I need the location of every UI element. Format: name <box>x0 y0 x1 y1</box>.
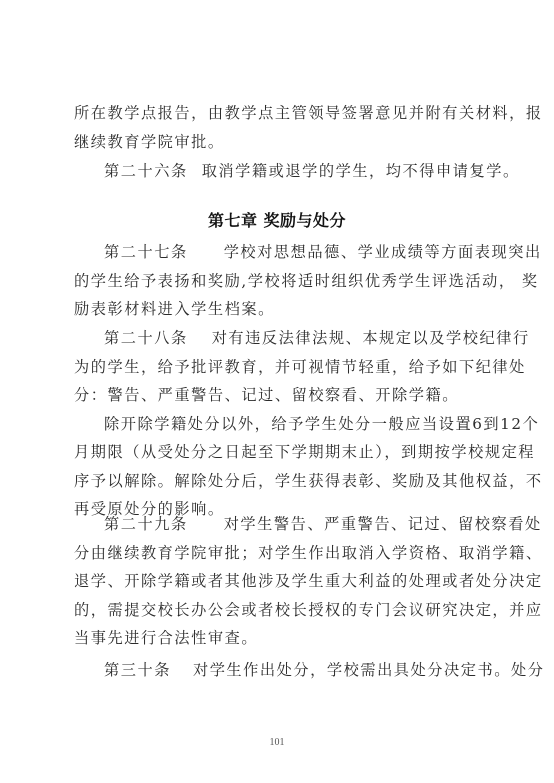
document-page: 所在教学点报告，由教学点主管领导签署意见并附有关材料，报 继续教育学院审批。 第… <box>0 0 554 783</box>
article-number: 第二十六条 <box>104 162 188 180</box>
article-number: 第二十七条 <box>104 243 188 261</box>
article-29: 第二十九条对学生警告、严重警告、记过、留校察看处 <box>104 514 486 534</box>
body-text-line: 当事先进行合法性审查。 <box>74 628 486 648</box>
body-text-line: 励表彰材料进入学生档案。 <box>74 299 486 319</box>
article-number: 第三十条 <box>104 661 171 679</box>
article-30: 第三十条对学生作出处分，学校需出具处分决定书。处分 <box>104 660 486 680</box>
article-number: 第二十九条 <box>104 515 188 533</box>
body-text-line: 序予以解除。解除处分后，学生获得表彰、奖励及其他权益，不 <box>74 471 486 491</box>
body-text-line: 分：警告、严重警告、记过、留校察看、开除学籍。 <box>74 385 486 405</box>
body-text-line: 继续教育学院审批。 <box>74 132 486 152</box>
article-26: 第二十六条取消学籍或退学的学生，均不得申请复学。 <box>104 161 486 181</box>
body-text-line: 的学生给予表扬和奖励,学校将适时组织优秀学生评选活动， 奖 <box>74 271 486 291</box>
body-text-line: 月期限（从受处分之日起至下学期期末止），到期按学校规定程 <box>74 442 486 462</box>
body-text-line: 为的学生，给予批评教育，并可视情节轻重，给予如下纪律处 <box>74 357 486 377</box>
article-text: 对有违反法律法规、本规定以及学校纪律行 <box>212 329 530 347</box>
article-text: 取消学籍或退学的学生，均不得申请复学。 <box>202 162 520 180</box>
body-text-line: 所在教学点报告，由教学点主管领导签署意见并附有关材料，报 <box>74 103 486 123</box>
chapter-heading: 第七章 奖励与处分 <box>0 210 554 232</box>
article-text: 对学生警告、严重警告、记过、留校察看处 <box>224 515 542 533</box>
article-27: 第二十七条学校对思想品德、学业成绩等方面表现突出 <box>104 242 486 262</box>
page-number: 101 <box>0 737 554 748</box>
body-text-line: 的，需提交校长办公会或者校长授权的专门会议研究决定，并应 <box>74 600 486 620</box>
body-text-line: 退学、开除学籍或者其他涉及学生重大利益的处理或者处分决定 <box>74 571 486 591</box>
article-number: 第二十八条 <box>104 329 188 347</box>
article-28: 第二十八条对有违反法律法规、本规定以及学校纪律行 <box>104 328 486 348</box>
body-text-line: 除开除学籍处分以外，给予学生处分一般应当设置6到12个 <box>104 414 486 434</box>
body-text-line: 分由继续教育学院审批；对学生作出取消入学资格、取消学籍、 <box>74 543 486 563</box>
article-text: 对学生作出处分，学校需出具处分决定书。处分 <box>193 661 545 679</box>
article-text: 学校对思想品德、学业成绩等方面表现突出 <box>224 243 542 261</box>
